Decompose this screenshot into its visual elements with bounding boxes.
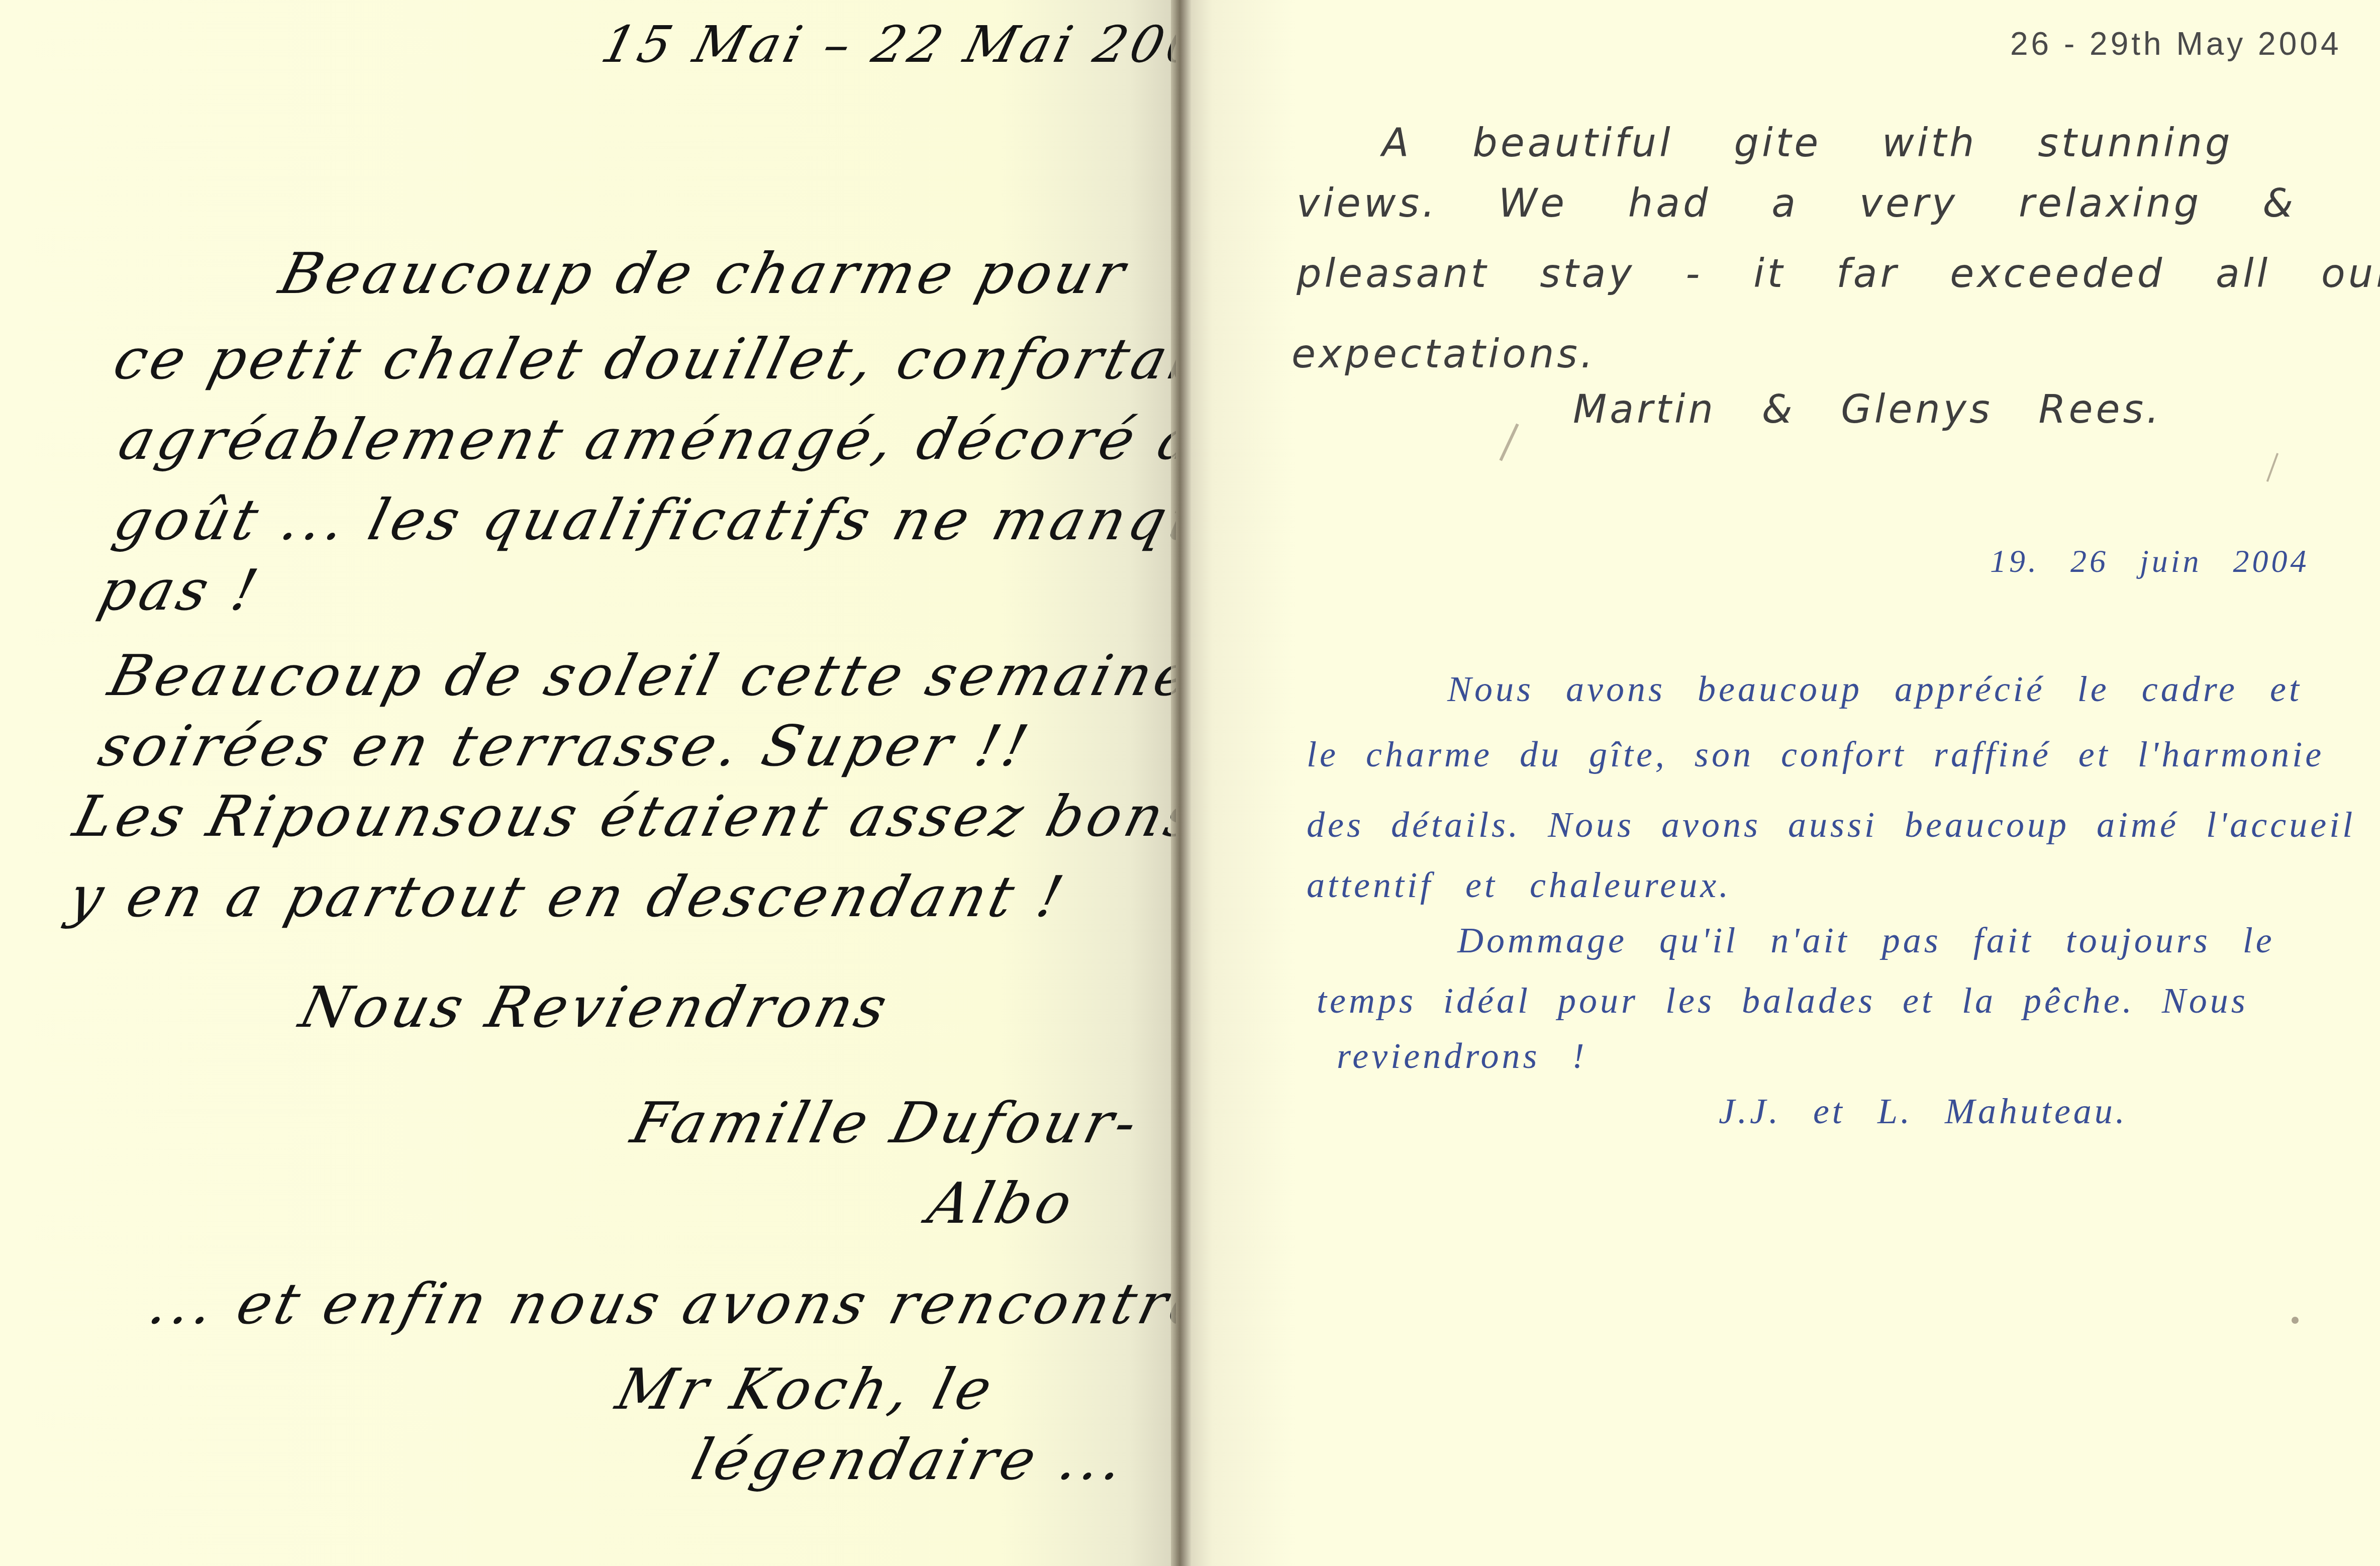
entry-line: Nous Reviendrons bbox=[293, 975, 897, 1040]
postscript-line: ... et enfin nous avons rencontré bbox=[143, 1271, 1216, 1337]
entry-line: soirées en terrasse. Super !! bbox=[92, 714, 1038, 779]
signature-line: Famille Dufour- bbox=[625, 1091, 1147, 1156]
entry-line: des détails. Nous avons aussi beaucoup a… bbox=[1307, 804, 2355, 846]
entry-line: le charme du gîte, son confort raffiné e… bbox=[1307, 734, 2324, 775]
entry-line: goût ... les qualificatifs ne manquent bbox=[108, 487, 1322, 553]
entry-line: Les Ripounsous étaient assez bons, il bbox=[67, 784, 1295, 849]
postscript-line: légendaire ... bbox=[685, 1427, 1134, 1493]
entry-line: pleasant stay - it far exceeded all our bbox=[1297, 251, 2380, 297]
entry-line: views. We had a very relaxing & bbox=[1297, 181, 2296, 226]
entry-line: pas ! bbox=[92, 558, 268, 623]
right-page: 26 - 29th May 2004 A beautiful gite with… bbox=[1176, 0, 2380, 1566]
entry-line: Beaucoup de charme pour bbox=[273, 241, 1135, 307]
entry-line: Dommage qu'il n'ait pas fait toujours le bbox=[1457, 920, 2275, 961]
postscript-line: Mr Koch, le bbox=[610, 1357, 1002, 1422]
entry-line: ce petit chalet douillet, confortable, bbox=[108, 327, 1300, 392]
entry-date: 19. 26 juin 2004 bbox=[1990, 543, 2310, 580]
entry-line: Nous avons beaucoup apprécié le cadre et bbox=[1447, 668, 2302, 710]
entry-line: Beaucoup de soleil cette semaine... bbox=[103, 643, 1266, 709]
pencil-mark bbox=[1499, 423, 1519, 461]
entry-line: expectations. bbox=[1292, 332, 1596, 377]
left-page: 15 Mai – 22 Mai 2004 Beaucoup de charme … bbox=[0, 0, 1176, 1566]
entry-line: A beautiful gite with stunning bbox=[1382, 121, 2233, 166]
signature-line: Albo bbox=[922, 1171, 1082, 1236]
entry-signature: J.J. et L. Mahuteau. bbox=[1719, 1091, 2128, 1132]
entry-line: y en a partout en descendant ! bbox=[62, 864, 1073, 930]
entry-date: 15 Mai – 22 Mai 2004 bbox=[596, 15, 1246, 74]
book-spine bbox=[1171, 0, 1191, 1566]
entry-line: attentif et chaleureux. bbox=[1307, 864, 1731, 906]
pencil-mark bbox=[2266, 453, 2278, 482]
ink-dot bbox=[2292, 1317, 2299, 1324]
entry-signature: Martin & Glenys Rees. bbox=[1573, 387, 2162, 432]
entry-line: reviendrons ! bbox=[1337, 1035, 1588, 1077]
entry-line: temps idéal pour les balades et la pêche… bbox=[1317, 980, 2248, 1022]
entry-date: 26 - 29th May 2004 bbox=[2010, 25, 2341, 62]
guestbook-spread: 15 Mai – 22 Mai 2004 Beaucoup de charme … bbox=[0, 0, 2380, 1566]
entry-line: agréablement aménagé, décoré avec bbox=[113, 407, 1314, 472]
